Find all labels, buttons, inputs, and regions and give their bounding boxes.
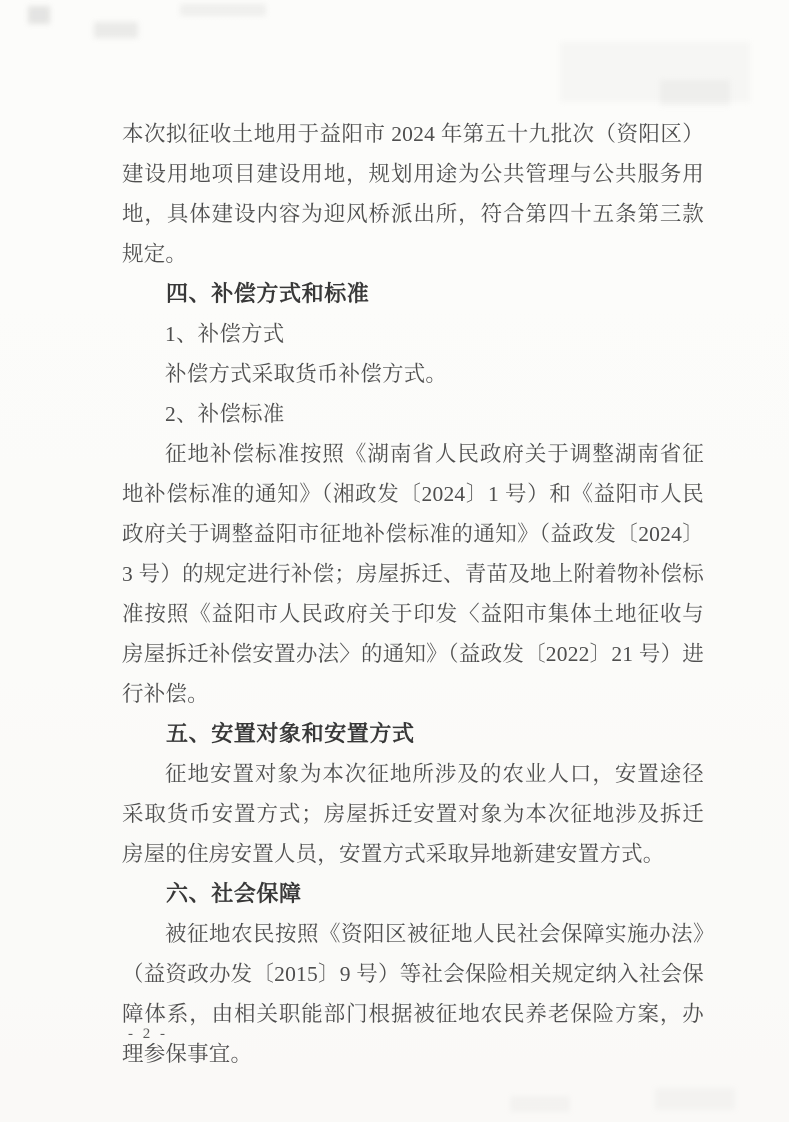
scan-artifact xyxy=(560,42,750,102)
scan-artifact xyxy=(28,6,50,24)
paragraph-resettlement: 征地安置对象为本次征地所涉及的农业人口，安置途径采取货币安置方式；房屋拆迁安置对… xyxy=(122,754,704,874)
scan-artifact xyxy=(660,80,730,106)
paragraph-compensation-standard: 征地补偿标准按照《湖南省人民政府关于调整湖南省征地补偿标准的通知》（湘政发〔20… xyxy=(122,434,704,714)
scan-artifact xyxy=(655,1088,735,1110)
subitem-compensation-method-title: 1、补偿方式 xyxy=(122,314,704,354)
paragraph-land-use: 本次拟征收土地用于益阳市 2024 年第五十九批次（资阳区）建设用地项目建设用地… xyxy=(122,114,704,274)
section-heading-compensation: 四、补偿方式和标准 xyxy=(122,274,704,314)
scanned-page: 本次拟征收土地用于益阳市 2024 年第五十九批次（资阳区）建设用地项目建设用地… xyxy=(0,0,789,1122)
subitem-compensation-standard-title: 2、补偿标准 xyxy=(122,394,704,434)
scan-artifact xyxy=(510,1096,570,1112)
paragraph-social-security: 被征地农民按照《资阳区被征地人民社会保障实施办法》（益资政办发〔2015〕9 号… xyxy=(122,914,704,1074)
page-number: - 2 - xyxy=(128,1022,168,1046)
scan-artifact xyxy=(94,22,138,38)
scan-artifact xyxy=(180,4,266,16)
paragraph-compensation-method: 补偿方式采取货币补偿方式。 xyxy=(122,354,704,394)
section-heading-social-security: 六、社会保障 xyxy=(122,874,704,914)
section-heading-resettlement: 五、安置对象和安置方式 xyxy=(122,714,704,754)
document-text-block: 本次拟征收土地用于益阳市 2024 年第五十九批次（资阳区）建设用地项目建设用地… xyxy=(122,114,704,1074)
